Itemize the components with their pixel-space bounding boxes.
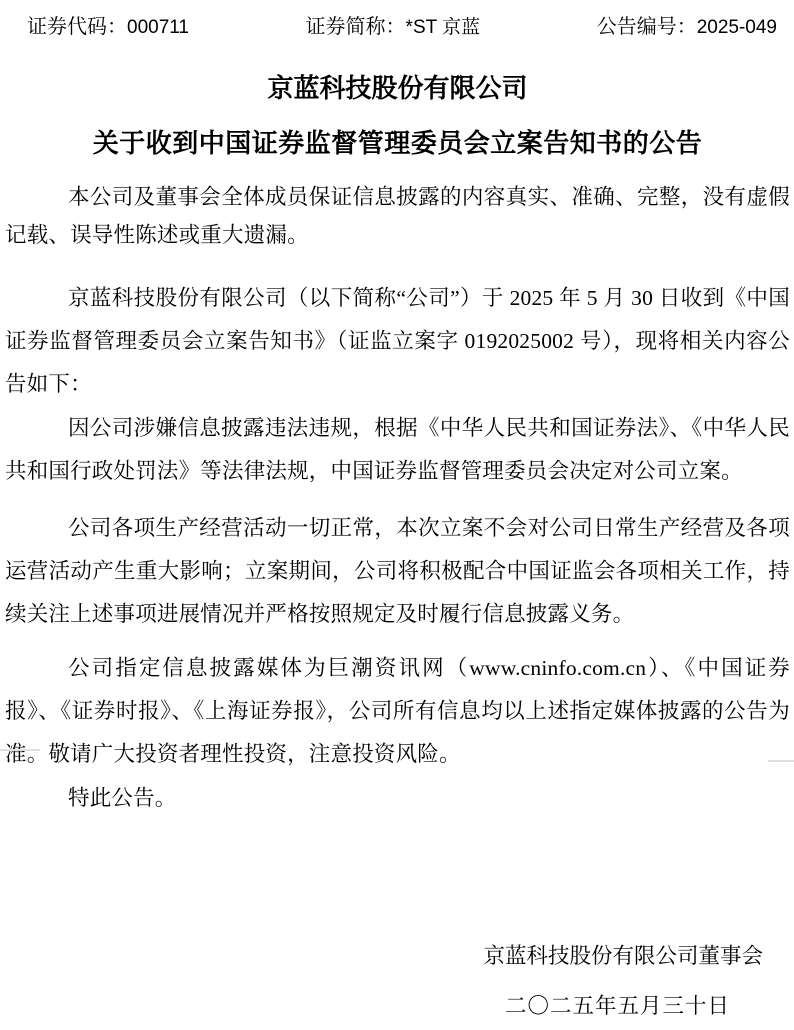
announcement-number-label: 公告编号： (597, 16, 697, 38)
stock-code-label: 证券代码： (27, 16, 127, 38)
body-paragraph-filing-reason: 因公司涉嫌信息披露违法违规，根据《中华人民共和国证券法》、《中华人民共和国行政处… (5, 407, 790, 493)
scan-artifact-left (0, 749, 40, 751)
body-paragraph-business-impact: 公司各项生产经营活动一切正常，本次立案不会对公司日常生产经营及各项运营活动产生重… (5, 507, 790, 636)
announcement-page: 证券代码：000711 证券简称：*ST 京蓝 公告编号：2025-049 京蓝… (0, 0, 794, 1030)
stock-name-value: *ST 京蓝 (406, 17, 481, 38)
announcement-number-value: 2025-049 (697, 17, 777, 38)
company-name-title: 京蓝科技股份有限公司 (5, 71, 790, 105)
stock-code-value: 000711 (127, 17, 189, 38)
announcement-title: 关于收到中国证券监督管理委员会立案告知书的公告 (5, 126, 790, 160)
body-paragraph-disclosure-media: 公司指定信息披露媒体为巨潮资讯网（www.cninfo.com.cn）、《中国证… (5, 647, 790, 776)
body-paragraph-closing: 特此公告。 (5, 777, 790, 820)
board-disclaimer-paragraph: 本公司及董事会全体成员保证信息披露的内容真实、准确、完整，没有虚假记载、误导性陈… (5, 178, 790, 254)
announcement-number: 公告编号：2025-049 (597, 14, 777, 41)
board-signature: 京蓝科技股份有限公司董事会 (5, 935, 790, 978)
stock-code: 证券代码：000711 (27, 14, 189, 41)
scan-artifact-right (768, 760, 794, 762)
announcement-date: 二〇二五年五月三十日 (5, 985, 790, 1028)
document-header: 证券代码：000711 证券简称：*ST 京蓝 公告编号：2025-049 (5, 14, 790, 41)
body-paragraph-notice-received: 京蓝科技股份有限公司（以下简称“公司”）于 2025 年 5 月 30 日收到《… (5, 277, 790, 406)
stock-name-label: 证券简称： (306, 16, 406, 38)
stock-name: 证券简称：*ST 京蓝 (306, 14, 481, 41)
